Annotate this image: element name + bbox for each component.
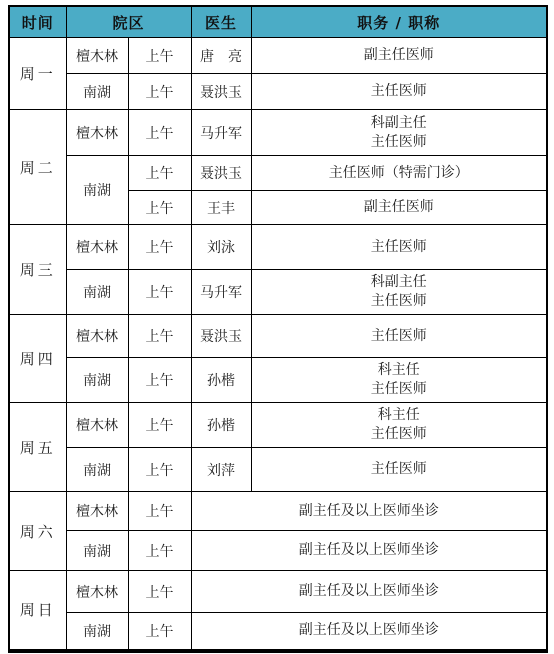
campus-cell: 檀木林: [66, 110, 128, 156]
table-row: 南湖上午马升军科副主任 主任医师: [9, 270, 547, 315]
merged-title-cell: 副主任及以上医师坐诊: [191, 492, 547, 531]
session-cell: 上午: [128, 315, 191, 358]
title-cell: 科副主任 主任医师: [251, 270, 547, 315]
session-cell: 上午: [128, 110, 191, 156]
session-cell: 上午: [128, 448, 191, 492]
campus-cell: 檀木林: [66, 403, 128, 448]
table-row: 周四檀木林上午聂洪玉主任医师: [9, 315, 547, 358]
day-cell: 周一: [9, 38, 66, 110]
campus-cell: 檀木林: [66, 38, 128, 74]
day-cell: 周三: [9, 225, 66, 315]
session-cell: 上午: [128, 613, 191, 651]
campus-cell: 檀木林: [66, 492, 128, 531]
doctor-cell: 马升军: [191, 110, 251, 156]
doctor-cell: 刘泳: [191, 225, 251, 270]
session-cell: 上午: [128, 270, 191, 315]
campus-cell: 南湖: [66, 270, 128, 315]
doctor-cell: 王丰: [191, 191, 251, 225]
table-row: 南湖上午副主任及以上医师坐诊: [9, 613, 547, 651]
title-cell: 主任医师（特需门诊）: [251, 156, 547, 191]
schedule-page: 时间 院区 医生 职务 / 职称 周一檀木林上午唐 亮副主任医师南湖上午聂洪玉主…: [0, 0, 554, 653]
day-cell: 周日: [9, 571, 66, 651]
table-row: 周二檀木林上午马升军科副主任 主任医师: [9, 110, 547, 156]
table-row: 南湖上午孙楷科主任 主任医师: [9, 358, 547, 403]
campus-cell: 南湖: [66, 613, 128, 651]
session-cell: 上午: [128, 571, 191, 613]
session-cell: 上午: [128, 74, 191, 110]
title-cell: 科主任 主任医师: [251, 358, 547, 403]
session-cell: 上午: [128, 358, 191, 403]
table-row: 周五檀木林上午孙楷科主任 主任医师: [9, 403, 547, 448]
day-cell: 周六: [9, 492, 66, 571]
doctor-cell: 刘萍: [191, 448, 251, 492]
doctor-cell: 聂洪玉: [191, 156, 251, 191]
header-row: 时间 院区 医生 职务 / 职称: [9, 6, 547, 38]
doctor-cell: 马升军: [191, 270, 251, 315]
title-cell: 主任医师: [251, 448, 547, 492]
campus-cell: 南湖: [66, 358, 128, 403]
doctor-cell: 孙楷: [191, 403, 251, 448]
title-cell: 主任医师: [251, 74, 547, 110]
campus-cell: 檀木林: [66, 571, 128, 613]
title-cell: 主任医师: [251, 225, 547, 270]
doctor-cell: 聂洪玉: [191, 315, 251, 358]
table-row: 周日檀木林上午副主任及以上医师坐诊: [9, 571, 547, 613]
schedule-body: 周一檀木林上午唐 亮副主任医师南湖上午聂洪玉主任医师周二檀木林上午马升军科副主任…: [9, 38, 547, 651]
doctor-schedule-table: 时间 院区 医生 职务 / 职称 周一檀木林上午唐 亮副主任医师南湖上午聂洪玉主…: [8, 5, 548, 653]
merged-title-cell: 副主任及以上医师坐诊: [191, 613, 547, 651]
session-cell: 上午: [128, 38, 191, 74]
title-cell: 科主任 主任医师: [251, 403, 547, 448]
table-row: 周三檀木林上午刘泳主任医师: [9, 225, 547, 270]
doctor-cell: 聂洪玉: [191, 74, 251, 110]
table-row: 南湖上午聂洪玉主任医师（特需门诊）: [9, 156, 547, 191]
col-header-time: 时间: [9, 6, 66, 38]
merged-title-cell: 副主任及以上医师坐诊: [191, 571, 547, 613]
table-row: 南湖上午副主任及以上医师坐诊: [9, 531, 547, 571]
title-cell: 主任医师: [251, 315, 547, 358]
table-row: 南湖上午刘萍主任医师: [9, 448, 547, 492]
day-cell: 周五: [9, 403, 66, 492]
session-cell: 上午: [128, 492, 191, 531]
campus-cell: 南湖: [66, 74, 128, 110]
campus-cell: 南湖: [66, 156, 128, 225]
title-cell: 副主任医师: [251, 191, 547, 225]
table-row: 周六檀木林上午副主任及以上医师坐诊: [9, 492, 547, 531]
day-cell: 周二: [9, 110, 66, 225]
col-header-title: 职务 / 职称: [251, 6, 547, 38]
col-header-doctor: 医生: [191, 6, 251, 38]
doctor-cell: 唐 亮: [191, 38, 251, 74]
session-cell: 上午: [128, 191, 191, 225]
title-cell: 科副主任 主任医师: [251, 110, 547, 156]
campus-cell: 南湖: [66, 448, 128, 492]
campus-cell: 檀木林: [66, 225, 128, 270]
session-cell: 上午: [128, 225, 191, 270]
campus-cell: 檀木林: [66, 315, 128, 358]
merged-title-cell: 副主任及以上医师坐诊: [191, 531, 547, 571]
session-cell: 上午: [128, 531, 191, 571]
table-row: 南湖上午聂洪玉主任医师: [9, 74, 547, 110]
campus-cell: 南湖: [66, 531, 128, 571]
title-cell: 副主任医师: [251, 38, 547, 74]
session-cell: 上午: [128, 156, 191, 191]
day-cell: 周四: [9, 315, 66, 403]
session-cell: 上午: [128, 403, 191, 448]
col-header-campus: 院区: [66, 6, 191, 38]
table-row: 周一檀木林上午唐 亮副主任医师: [9, 38, 547, 74]
doctor-cell: 孙楷: [191, 358, 251, 403]
